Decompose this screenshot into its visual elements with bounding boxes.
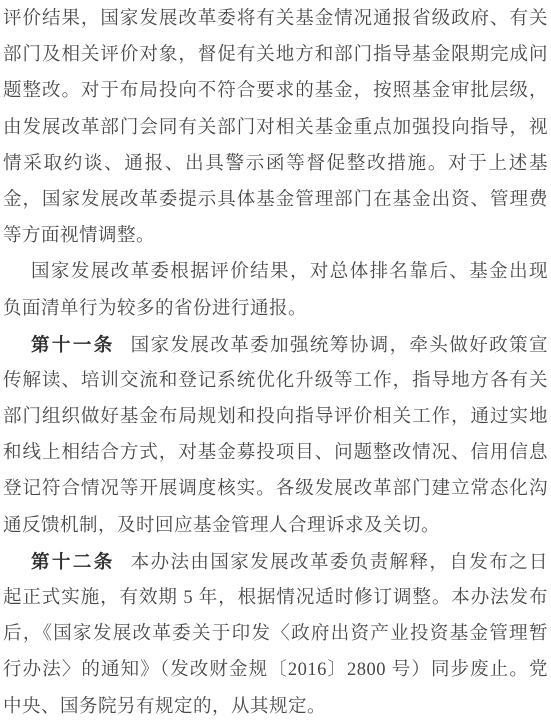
line-text: 登记符合情况等开展调度核实。各级发展改革部门建立常态化沟	[3, 479, 548, 499]
text-line: 国家发展改革委根据评价结果，对总体排名靠后、基金出现	[3, 254, 548, 290]
text-line: 传解读、培训交流和登记系统优化升级等工作，指导地方各有关	[3, 363, 548, 399]
text-line: 情采取约谈、通报、出具警示函等督促整改措施。对于上述基	[3, 146, 548, 182]
text-line: 部门及相关评价对象，督促有关地方和部门指导基金限期完成问	[3, 37, 548, 73]
line-text: 起正式实施，有效期 5 年，根据情况适时修订调整。本办法发布	[3, 588, 548, 608]
text-line: 由发展改革部门会同有关部门对相关基金重点加强投向指导，视	[3, 110, 548, 146]
text-line: 中央、国务院另有规定的，从其规定。	[3, 689, 548, 725]
text-line: 和线上相结合方式，对基金募投项目、问题整改情况、信用信息	[3, 435, 548, 471]
text-line: 行办法〉的通知》（发改财金规〔2016〕2800 号）同步废止。党	[3, 652, 548, 688]
text-line: 金，国家发展改革委提示具体基金管理部门在基金出资、管理费	[3, 182, 548, 218]
text-line: 负面清单行为较多的省份进行通报。	[3, 291, 548, 327]
text-line: 第十一条国家发展改革委加强统筹协调，牵头做好政策宣	[3, 327, 548, 363]
line-text: 行办法〉的通知》（发改财金规〔2016〕2800 号）同步废止。党	[3, 660, 548, 680]
line-text: 题整改。对于布局投向不符合要求的基金，按照基金审批层级，	[3, 81, 548, 101]
document-body: 评价结果，国家发展改革委将有关基金情况通报省级政府、有关部门及相关评价对象，督促…	[3, 1, 548, 725]
document-page: 评价结果，国家发展改革委将有关基金情况通报省级政府、有关部门及相关评价对象，督促…	[0, 0, 551, 725]
text-line: 题整改。对于布局投向不符合要求的基金，按照基金审批层级，	[3, 73, 548, 109]
text-line: 通反馈机制，及时回应基金管理人合理诉求及关切。	[3, 508, 548, 544]
line-text: 等方面视情调整。	[3, 226, 155, 246]
line-text: 后，《国家发展改革委关于印发〈政府出资产业投资基金管理暂	[3, 624, 548, 644]
line-text: 由发展改革部门会同有关部门对相关基金重点加强投向指导，视	[3, 118, 548, 138]
line-text: 负面清单行为较多的省份进行通报。	[3, 299, 307, 319]
line-text: 传解读、培训交流和登记系统优化升级等工作，指导地方各有关	[3, 371, 548, 391]
line-text: 部门组织做好基金布局规划和投向指导评价相关工作，通过实地	[3, 407, 548, 427]
line-text: 本办法由国家发展改革委负责解释，自发布之日	[131, 553, 548, 573]
article-number-label: 第十一条	[31, 334, 115, 355]
line-text: 部门及相关评价对象，督促有关地方和部门指导基金限期完成问	[3, 45, 548, 65]
text-line: 第十二条本办法由国家发展改革委负责解释，自发布之日	[3, 544, 548, 580]
line-text: 金，国家发展改革委提示具体基金管理部门在基金出资、管理费	[3, 190, 548, 210]
line-text: 和线上相结合方式，对基金募投项目、问题整改情况、信用信息	[3, 443, 548, 463]
article-number-label: 第十二条	[31, 551, 115, 572]
line-text: 评价结果，国家发展改革委将有关基金情况通报省级政府、有关	[3, 9, 548, 29]
line-text: 中央、国务院另有规定的，从其规定。	[3, 697, 326, 717]
text-line: 等方面视情调整。	[3, 218, 548, 254]
text-line: 起正式实施，有效期 5 年，根据情况适时修订调整。本办法发布	[3, 580, 548, 616]
line-text: 国家发展改革委根据评价结果，对总体排名靠后、基金出现	[31, 262, 548, 282]
text-line: 后，《国家发展改革委关于印发〈政府出资产业投资基金管理暂	[3, 616, 548, 652]
text-line: 评价结果，国家发展改革委将有关基金情况通报省级政府、有关	[3, 1, 548, 37]
text-line: 部门组织做好基金布局规划和投向指导评价相关工作，通过实地	[3, 399, 548, 435]
line-text: 国家发展改革委加强统筹协调，牵头做好政策宣	[131, 336, 548, 356]
text-line: 登记符合情况等开展调度核实。各级发展改革部门建立常态化沟	[3, 471, 548, 507]
line-text: 通反馈机制，及时回应基金管理人合理诉求及关切。	[3, 516, 440, 536]
line-text: 情采取约谈、通报、出具警示函等督促整改措施。对于上述基	[3, 154, 548, 174]
